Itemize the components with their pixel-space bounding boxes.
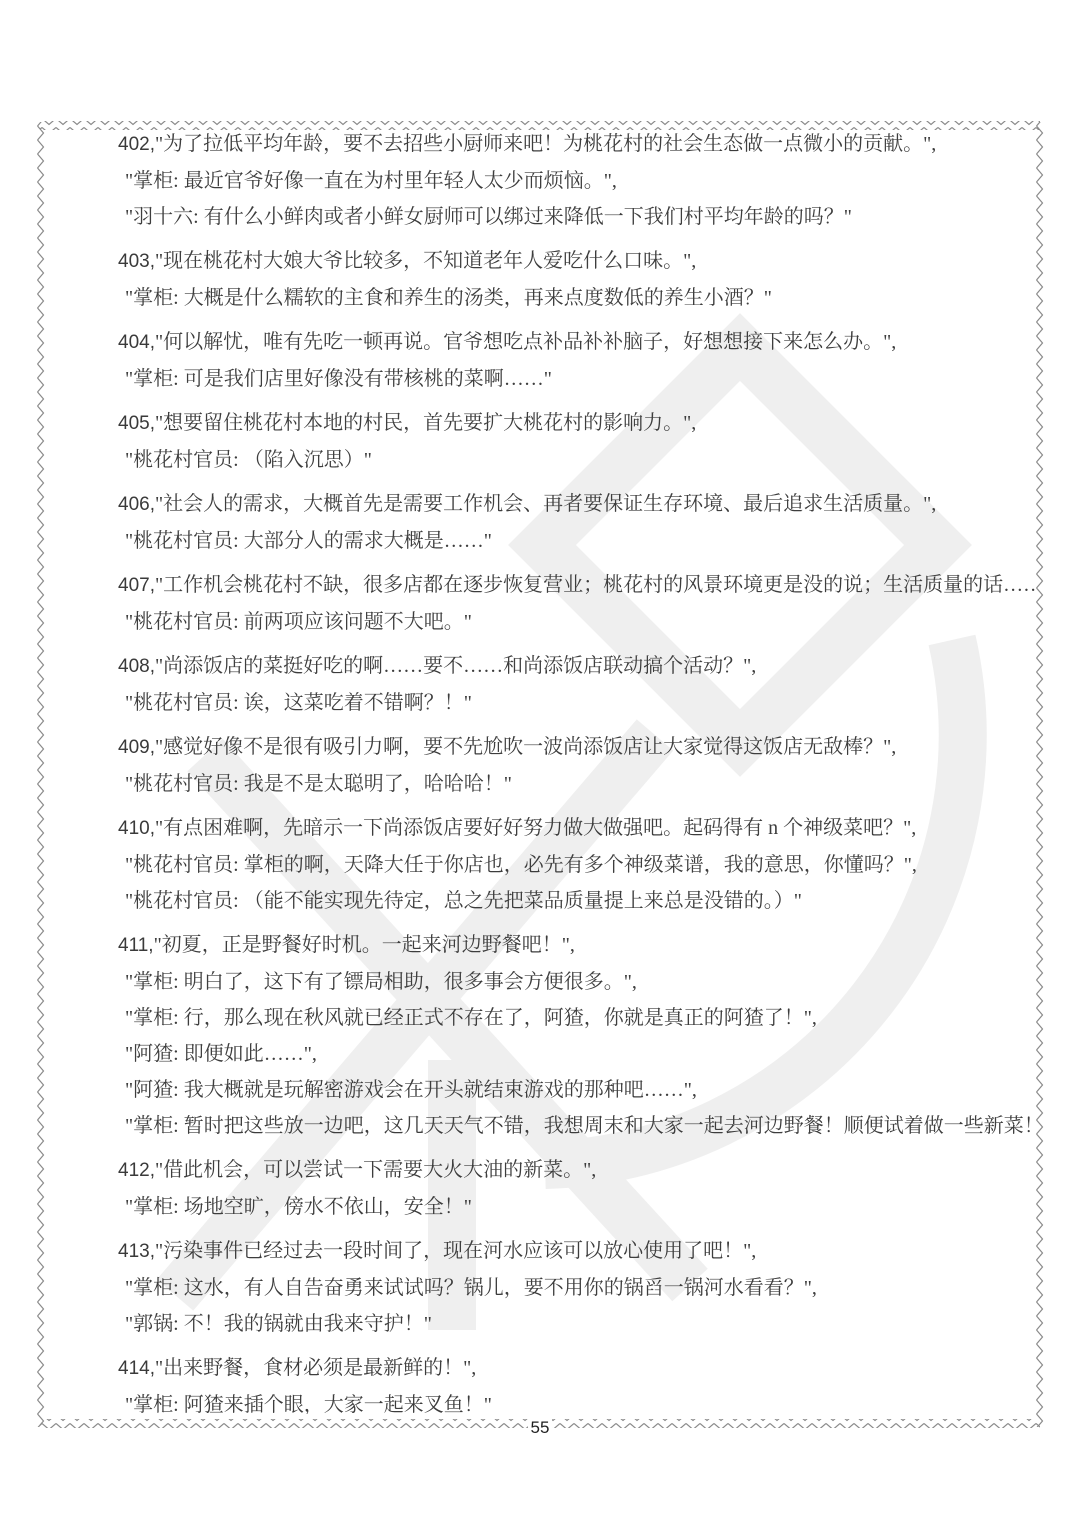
dialogue-block: 409,"感觉好像不是很有吸引力啊，要不先尬吹一波尚添饭店让大家觉得这饭店无敌棒… bbox=[118, 729, 1038, 802]
dialogue-block: 406,"社会人的需求，大概首先是需要工作机会、再者要保证生存环境、最后追求生活… bbox=[118, 486, 1038, 559]
entry-first-line: 413,"污染事件已经过去一段时间了，现在河水应该可以放心使用了吧！", bbox=[118, 1233, 1038, 1270]
dialogue-line: "掌柜: 行，那么现在秋风就已经正式不存在了，阿猹，你就是真正的阿猹了！", bbox=[118, 1000, 1038, 1036]
entry-first-line: 403,"现在桃花村大娘大爷比较多，不知道老年人爱吃什么口味。", bbox=[118, 243, 1038, 280]
entry-text: "为了拉低平均年龄，要不去招些小厨师来吧！为桃花村的社会生态做一点微小的贡献。"… bbox=[155, 133, 936, 155]
dialogue-block: 408,"尚添饭店的菜挺好吃的啊……要不……和尚添饭店联动搞个活动？","桃花村… bbox=[118, 648, 1038, 721]
entry-number: 404, bbox=[118, 332, 155, 353]
entry-text: "何以解忧，唯有先吃一顿再说。官爷想吃点补品补补脑子，好想想接下来怎么办。", bbox=[155, 331, 896, 353]
page-number: 55 bbox=[0, 1418, 1080, 1438]
dialogue-block: 410,"有点困难啊，先暗示一下尚添饭店要好好努力做大做强吧。起码得有 n 个神… bbox=[118, 810, 1038, 919]
dialogue-line: "桃花村官员: （能不能实现先待定，总之先把菜品质量提上来总是没错的。）" bbox=[118, 883, 1038, 919]
entry-text: "有点困难啊，先暗示一下尚添饭店要好好努力做大做强吧。起码得有 n 个神级菜吧？… bbox=[155, 817, 916, 839]
dialogue-line: "掌柜: 暂时把这些放一边吧，这几天天气不错，我想周末和大家一起去河边野餐！顺便… bbox=[118, 1108, 1038, 1144]
dialogue-block: 404,"何以解忧，唯有先吃一顿再说。官爷想吃点补品补补脑子，好想想接下来怎么办… bbox=[118, 324, 1038, 397]
entry-number: 413, bbox=[118, 1241, 155, 1262]
entry-number: 412, bbox=[118, 1160, 155, 1181]
entry-number: 411, bbox=[118, 935, 154, 956]
entry-first-line: 406,"社会人的需求，大概首先是需要工作机会、再者要保证生存环境、最后追求生活… bbox=[118, 486, 1038, 523]
dialogue-block: 402,"为了拉低平均年龄，要不去招些小厨师来吧！为桃花村的社会生态做一点微小的… bbox=[118, 126, 1038, 235]
page-number-value: 55 bbox=[528, 1418, 553, 1437]
entry-number: 403, bbox=[118, 251, 155, 272]
dialogue-line: "桃花村官员: 掌柜的啊，天降大任于你店也，必先有多个神级菜谱，我的意思，你懂吗… bbox=[118, 847, 1038, 883]
entry-number: 409, bbox=[118, 737, 155, 758]
entry-first-line: 409,"感觉好像不是很有吸引力啊，要不先尬吹一波尚添饭店让大家觉得这饭店无敌棒… bbox=[118, 729, 1038, 766]
dialogue-line: "掌柜: 大概是什么糯软的主食和养生的汤类，再来点度数低的养生小酒？" bbox=[118, 280, 1038, 316]
entry-number: 408, bbox=[118, 656, 155, 677]
dialogue-block: 407,"工作机会桃花村不缺，很多店都在逐步恢复营业；桃花村的风景环境更是没的说… bbox=[118, 567, 1038, 640]
entry-number: 407, bbox=[118, 575, 155, 596]
dialogue-line: "掌柜: 场地空旷，傍水不依山，安全！" bbox=[118, 1189, 1038, 1225]
dialogue-line: "掌柜: 可是我们店里好像没有带核桃的菜啊……" bbox=[118, 361, 1038, 397]
entry-first-line: 412,"借此机会，可以尝试一下需要大火大油的新菜。", bbox=[118, 1152, 1038, 1189]
entry-text: "工作机会桃花村不缺，很多店都在逐步恢复营业；桃花村的风景环境更是没的说；生活质… bbox=[155, 574, 1038, 596]
dialogue-line: "阿猹: 我大概就是玩解密游戏会在开头就结束游戏的那种吧……", bbox=[118, 1072, 1038, 1108]
dialogue-blocks: 402,"为了拉低平均年龄，要不去招些小厨师来吧！为桃花村的社会生态做一点微小的… bbox=[118, 126, 1038, 1414]
entry-first-line: 404,"何以解忧，唯有先吃一顿再说。官爷想吃点补品补补脑子，好想想接下来怎么办… bbox=[118, 324, 1038, 361]
dialogue-line: "掌柜: 阿猹来插个眼，大家一起来叉鱼！" bbox=[118, 1387, 1038, 1414]
entry-number: 402, bbox=[118, 134, 155, 155]
dialogue-line: "掌柜: 明白了，这下有了镖局相助，很多事会方便很多。", bbox=[118, 964, 1038, 1000]
dialogue-block: 411,"初夏，正是野餐好时机。一起来河边野餐吧！","掌柜: 明白了，这下有了… bbox=[118, 927, 1038, 1144]
dialogue-line: "阿猹: 即便如此……", bbox=[118, 1036, 1038, 1072]
document-page: 402,"为了拉低平均年龄，要不去招些小厨师来吧！为桃花村的社会生态做一点微小的… bbox=[0, 0, 1080, 1528]
entry-text: "污染事件已经过去一段时间了，现在河水应该可以放心使用了吧！", bbox=[155, 1240, 756, 1262]
entry-text: "尚添饭店的菜挺好吃的啊……要不……和尚添饭店联动搞个活动？", bbox=[155, 655, 756, 677]
entry-number: 406, bbox=[118, 494, 155, 515]
entry-number: 405, bbox=[118, 413, 155, 434]
dialogue-line: "桃花村官员: 前两项应该问题不大吧。" bbox=[118, 604, 1038, 640]
entry-first-line: 410,"有点困难啊，先暗示一下尚添饭店要好好努力做大做强吧。起码得有 n 个神… bbox=[118, 810, 1038, 847]
entry-first-line: 405,"想要留住桃花村本地的村民，首先要扩大桃花村的影响力。", bbox=[118, 405, 1038, 442]
dialogue-block: 412,"借此机会，可以尝试一下需要大火大油的新菜。","掌柜: 场地空旷，傍水… bbox=[118, 1152, 1038, 1225]
entry-first-line: 414,"出来野餐，食材必须是最新鲜的！", bbox=[118, 1350, 1038, 1387]
dialogue-block: 413,"污染事件已经过去一段时间了，现在河水应该可以放心使用了吧！","掌柜:… bbox=[118, 1233, 1038, 1342]
entry-text: "出来野餐，食材必须是最新鲜的！", bbox=[155, 1357, 476, 1379]
dialogue-line: "郭锅: 不！我的锅就由我来守护！" bbox=[118, 1306, 1038, 1342]
entry-first-line: 402,"为了拉低平均年龄，要不去招些小厨师来吧！为桃花村的社会生态做一点微小的… bbox=[118, 126, 1038, 163]
dialogue-block: 414,"出来野餐，食材必须是最新鲜的！","掌柜: 阿猹来插个眼，大家一起来叉… bbox=[118, 1350, 1038, 1414]
dialogue-line: "掌柜: 这水，有人自告奋勇来试试吗？锅儿，要不用你的锅舀一锅河水看看？", bbox=[118, 1270, 1038, 1306]
dialogue-line: "羽十六: 有什么小鲜肉或者小鲜女厨师可以绑过来降低一下我们村平均年龄的吗？" bbox=[118, 199, 1038, 235]
entry-number: 410, bbox=[118, 818, 155, 839]
entry-number: 414, bbox=[118, 1358, 155, 1379]
entry-text: "社会人的需求，大概首先是需要工作机会、再者要保证生存环境、最后追求生活质量。"… bbox=[155, 493, 936, 515]
entry-text: "想要留住桃花村本地的村民，首先要扩大桃花村的影响力。", bbox=[155, 412, 696, 434]
entry-text: "感觉好像不是很有吸引力啊，要不先尬吹一波尚添饭店让大家觉得这饭店无敌棒？", bbox=[155, 736, 896, 758]
entry-first-line: 408,"尚添饭店的菜挺好吃的啊……要不……和尚添饭店联动搞个活动？", bbox=[118, 648, 1038, 685]
dialogue-line: "桃花村官员: 我是不是太聪明了，哈哈哈！" bbox=[118, 766, 1038, 802]
dialogue-block: 403,"现在桃花村大娘大爷比较多，不知道老年人爱吃什么口味。","掌柜: 大概… bbox=[118, 243, 1038, 316]
dialogue-line: "掌柜: 最近官爷好像一直在为村里年轻人太少而烦恼。", bbox=[118, 163, 1038, 199]
dialogue-line: "桃花村官员: （陷入沉思）" bbox=[118, 442, 1038, 478]
entry-text: "现在桃花村大娘大爷比较多，不知道老年人爱吃什么口味。", bbox=[155, 250, 696, 272]
entry-text: "借此机会，可以尝试一下需要大火大油的新菜。", bbox=[155, 1159, 596, 1181]
entry-first-line: 411,"初夏，正是野餐好时机。一起来河边野餐吧！", bbox=[118, 927, 1038, 964]
dialogue-line: "桃花村官员: 大部分人的需求大概是……" bbox=[118, 523, 1038, 559]
dialogue-line: "桃花村官员: 诶，这菜吃着不错啊？！" bbox=[118, 685, 1038, 721]
entry-first-line: 407,"工作机会桃花村不缺，很多店都在逐步恢复营业；桃花村的风景环境更是没的说… bbox=[118, 567, 1038, 604]
dialogue-block: 405,"想要留住桃花村本地的村民，首先要扩大桃花村的影响力。","桃花村官员:… bbox=[118, 405, 1038, 478]
entry-text: "初夏，正是野餐好时机。一起来河边野餐吧！", bbox=[154, 934, 575, 956]
